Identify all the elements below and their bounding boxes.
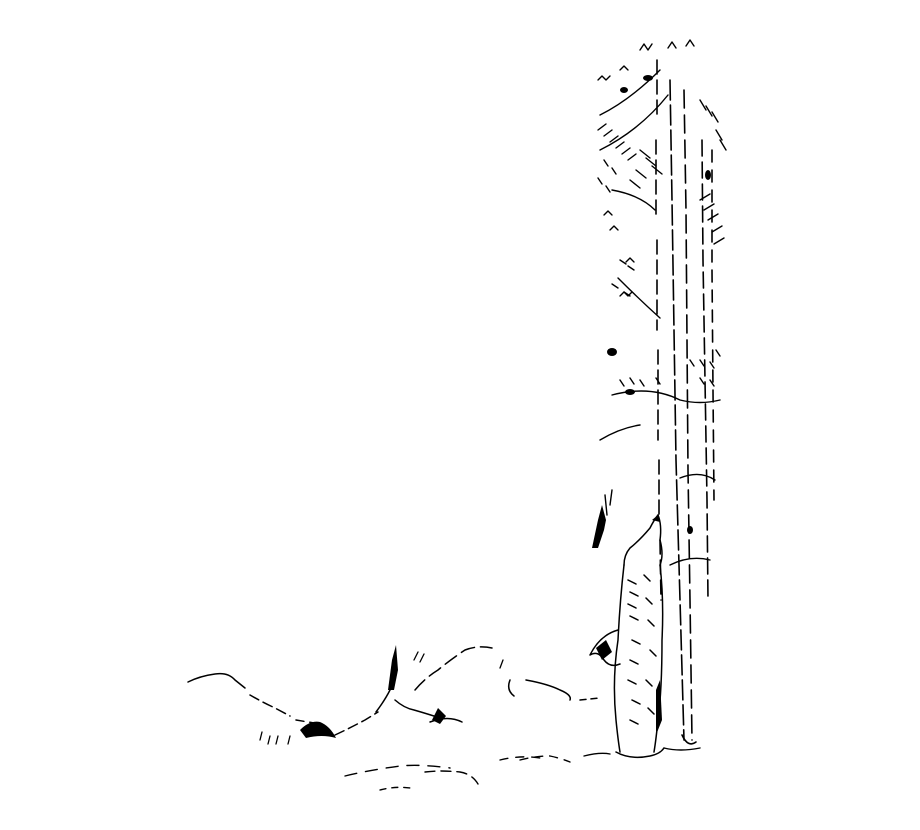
illustration-canvas (0, 0, 920, 830)
ground (345, 748, 700, 790)
grass-tufts (260, 645, 503, 744)
bear-and-tree-illustration (0, 0, 920, 830)
sapling (592, 490, 612, 548)
standing-bear (590, 515, 664, 757)
